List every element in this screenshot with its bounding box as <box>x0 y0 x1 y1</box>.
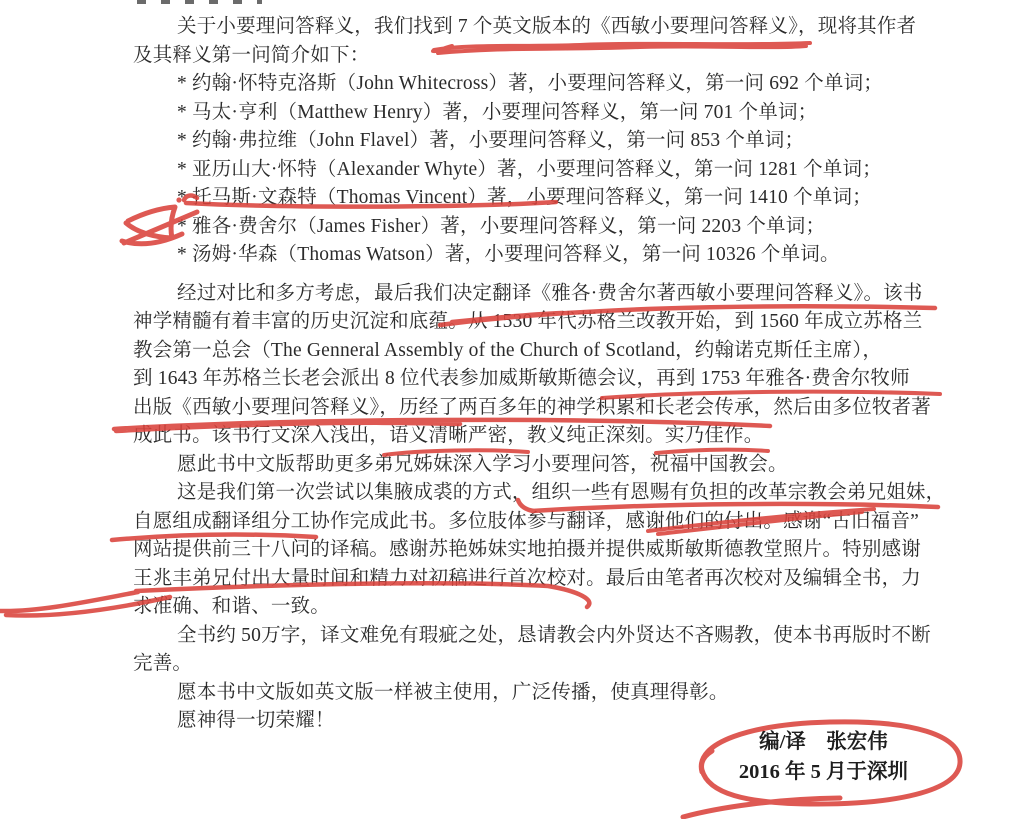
text-line: 网站提供前三十八问的译稿。感谢苏艳姊妹实地拍摄并提供威斯敏斯德教堂照片。特别感谢 <box>133 536 945 565</box>
text-line: 出版《西敏小要理问答释义》，历经了两百多年的神学积累和长老会传承，然后由多位牧者… <box>133 394 945 423</box>
text-line: 经过对比和多方考虑，最后我们决定翻译《雅各·费舍尔著西敏小要理问答释义》。该书 <box>133 280 945 309</box>
text-line: 愿本书中文版如英文版一样被主使用，广泛传播，使真理得彰。 <box>133 679 945 708</box>
text-line: 愿此书中文版帮助更多弟兄姊妹深入学习小要理问答，祝福中国教会。 <box>133 451 945 480</box>
clipped-line-fragment <box>137 0 262 4</box>
document-body: 关于小要理问答释义，我们找到 7 个英文版本的《西敏小要理问答释义》，现将其作者… <box>133 13 945 736</box>
text-line: * 约翰·弗拉维（John Flavel）著，小要理问答释义，第一问 853 个… <box>133 127 945 156</box>
text-line: 教会第一总会（The Genneral Assembly of the Chur… <box>133 337 945 366</box>
text-line: 关于小要理问答释义，我们找到 7 个英文版本的《西敏小要理问答释义》，现将其作者 <box>133 13 945 42</box>
text-line: * 雅各·费舍尔（James Fisher）著，小要理问答释义，第一问 2203… <box>133 213 945 242</box>
signature-date-line: 2016 年 5 月于深圳 <box>739 757 908 787</box>
text-line: * 亚历山大·怀特（Alexander Whyte）著，小要理问答释义，第一问 … <box>133 156 945 185</box>
text-line: 及其释义第一问简介如下： <box>133 42 945 71</box>
text-line: 这是我们第一次尝试以集腋成裘的方式，组织一些有恩赐有负担的改革宗教会弟兄姐妹， <box>133 479 945 508</box>
signature-editor-line: 编/译 张宏伟 <box>739 727 908 757</box>
text-line: * 汤姆·华森（Thomas Watson）著，小要理问答释义，第一问 1032… <box>133 241 945 270</box>
text-line: 全书约 50万字，译文难免有瑕疵之处，恳请教会内外贤达不吝赐教，使本书再版时不断 <box>133 622 945 651</box>
text-line: 神学精髓有着丰富的历史沉淀和底蕴。从 1530 年代苏格兰改教开始，到 1560… <box>133 308 945 337</box>
text-line: 自愿组成翻译组分工协作完成此书。多位肢体参与翻译，感谢他们的付出。感谢“古旧福音… <box>133 508 945 537</box>
text-line: * 托马斯·文森特（Thomas Vincent）著，小要理问答释义，第一问 1… <box>133 184 945 213</box>
signature-block: 编/译 张宏伟 2016 年 5 月于深圳 <box>739 727 908 787</box>
text-line: 完善。 <box>133 650 945 679</box>
text-line: 到 1643 年苏格兰长老会派出 8 位代表参加威斯敏斯德会议，再到 1753 … <box>133 365 945 394</box>
document-page: 关于小要理问答释义，我们找到 7 个英文版本的《西敏小要理问答释义》，现将其作者… <box>0 0 1024 819</box>
text-line: 王兆丰弟兄付出大量时间和精力对初稿进行首次校对。最后由笔者再次校对及编辑全书，力 <box>133 565 945 594</box>
text-line: * 马太·亨利（Matthew Henry）著，小要理问答释义，第一问 701 … <box>133 99 945 128</box>
text-line: 求准确、和谐、一致。 <box>133 593 945 622</box>
text-line: * 约翰·怀特克洛斯（John Whitecross）著，小要理问答释义，第一问… <box>133 70 945 99</box>
text-line: 成此书。该书行文深入浅出，语义清晰严密，教义纯正深刻。实乃佳作。 <box>133 422 945 451</box>
